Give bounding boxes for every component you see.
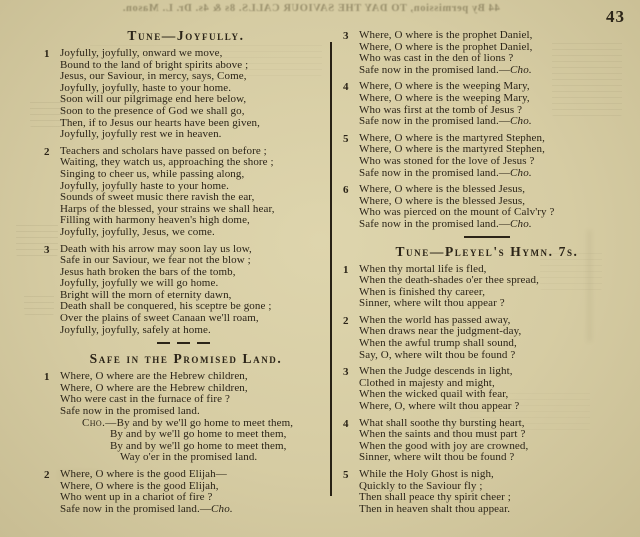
chorus-label: Cho.— [82, 417, 117, 429]
stanza-number: 5 [343, 469, 349, 481]
verse-line: Then in heaven shalt thou appear. [359, 504, 631, 516]
stanza: 1Joyfully, joyfully, onward we move,Boun… [44, 48, 328, 141]
column-left: Tune—Joyfully.1Joyfully, joyfully, onwar… [44, 27, 328, 520]
verse-line: Sinner, where wilt thou be found ? [359, 452, 631, 464]
verse-line: Who was stoned for the love of Jesus ? [359, 156, 631, 168]
stanza-number: 6 [343, 184, 349, 196]
verse-line: Joyfully, joyfully, Jesus, we come. [60, 227, 328, 239]
hymn-title: Tune—Pleyel's Hymn. 7s. [343, 244, 631, 260]
verse-line: Sinner, where wilt thou appear ? [359, 298, 631, 310]
verse-line: Safe now in the promised land.—Cho. [359, 65, 631, 77]
bleedthrough-header-text: 44 By permission, TO DAY THE SAVIOUR CAL… [28, 3, 594, 14]
stanza-number: 2 [343, 315, 349, 327]
section-divider [464, 236, 510, 238]
verse-line: Say, O, where wilt thou be found ? [359, 350, 631, 362]
stanza-number: 3 [44, 244, 50, 256]
stanza: 4What shall soothe thy bursting heart,Wh… [343, 418, 631, 464]
hymn-title: Tune—Joyfully. [44, 28, 328, 44]
stanza-number: 2 [44, 469, 50, 481]
verse-line: Safe in our Saviour, we fear not the blo… [60, 255, 328, 267]
stanza: 5Where, O where is the martyred Stephen,… [343, 133, 631, 179]
stanza: 2When the world has passed away,When dra… [343, 315, 631, 361]
stanza: 4Where, O where is the weeping Mary,Wher… [343, 81, 631, 127]
verse-line: Safe now in the promised land.—Cho. [60, 504, 328, 516]
verse-line: Where, O where is the prophet Daniel, [359, 30, 631, 42]
verse-line: Joyfully, joyfully, onward we move, [60, 48, 328, 60]
chorus: Cho.—By and by we'll go home to meet the… [60, 418, 328, 464]
stanza-number: 1 [44, 371, 50, 383]
verse-line: Singing to cheer us, while passing along… [60, 169, 328, 181]
verse-line: Joyfully, joyfully rest we in heaven. [60, 129, 328, 141]
column-divider-rule [330, 42, 332, 496]
hymnal-page: 44 By permission, TO DAY THE SAVIOUR CAL… [0, 0, 640, 537]
verse-line: While the Holy Ghost is nigh, [359, 469, 631, 481]
verse-line: Safe now in the promised land.—Cho. [359, 168, 631, 180]
verse-line: Where, O, where wilt thou appear ? [359, 401, 631, 413]
verse-line: Safe now in the promised land.—Cho. [359, 116, 631, 128]
stanza: 1Where, O where are the Hebrew children,… [44, 371, 328, 464]
stanza: 3Death with his arrow may soon lay us lo… [44, 244, 328, 337]
verse-line: Over the plains of sweet Canaan we'll ro… [60, 313, 328, 325]
stanza: 3When the Judge descends in light,Clothe… [343, 366, 631, 412]
stanza-number: 4 [343, 418, 349, 430]
stanza-number: 4 [343, 81, 349, 93]
stanza: 6Where, O where is the blessed Jesus,Whe… [343, 184, 631, 230]
verse-line: Joyfully, joyfully, safely at home. [60, 325, 328, 337]
section-divider [157, 342, 215, 344]
verse-line: Where, O where is the good Elijah— [60, 469, 328, 481]
stanza-number: 2 [44, 146, 50, 158]
stanza-number: 1 [44, 48, 50, 60]
stanza-number: 3 [343, 30, 349, 42]
verse-line: Where, O where is the weeping Mary, [359, 93, 631, 105]
stanza: 5While the Holy Ghost is nigh,Quickly to… [343, 469, 631, 515]
stanza: 2Teachers and scholars have passed on be… [44, 146, 328, 239]
stanza-number: 1 [343, 264, 349, 276]
page-number: 43 [606, 7, 625, 27]
stanza-number: 5 [343, 133, 349, 145]
stanza: 2Where, O where is the good Elijah—Where… [44, 469, 328, 515]
verse-line: Where, O where is the blessed Jesus, [359, 184, 631, 196]
verse-line: When the death-shades o'er thee spread, [359, 275, 631, 287]
stanza-number: 3 [343, 366, 349, 378]
verse-line: When the awful trump shall sound, [359, 338, 631, 350]
stanza: 3Where, O where is the prophet Daniel,Wh… [343, 30, 631, 76]
verse-line: Way o'er in the promised land. [82, 452, 328, 464]
column-right: 3Where, O where is the prophet Daniel,Wh… [343, 30, 631, 520]
hymn-title: Safe in the Promised Land. [44, 351, 328, 367]
verse-line: Safe now in the promised land.—Cho. [359, 219, 631, 231]
verse-line: Sounds of sweet music there ravish the e… [60, 192, 328, 204]
verse-line: Soon to the presence of God we shall go, [60, 106, 328, 118]
stanza: 1When thy mortal life is fled,When the d… [343, 264, 631, 310]
